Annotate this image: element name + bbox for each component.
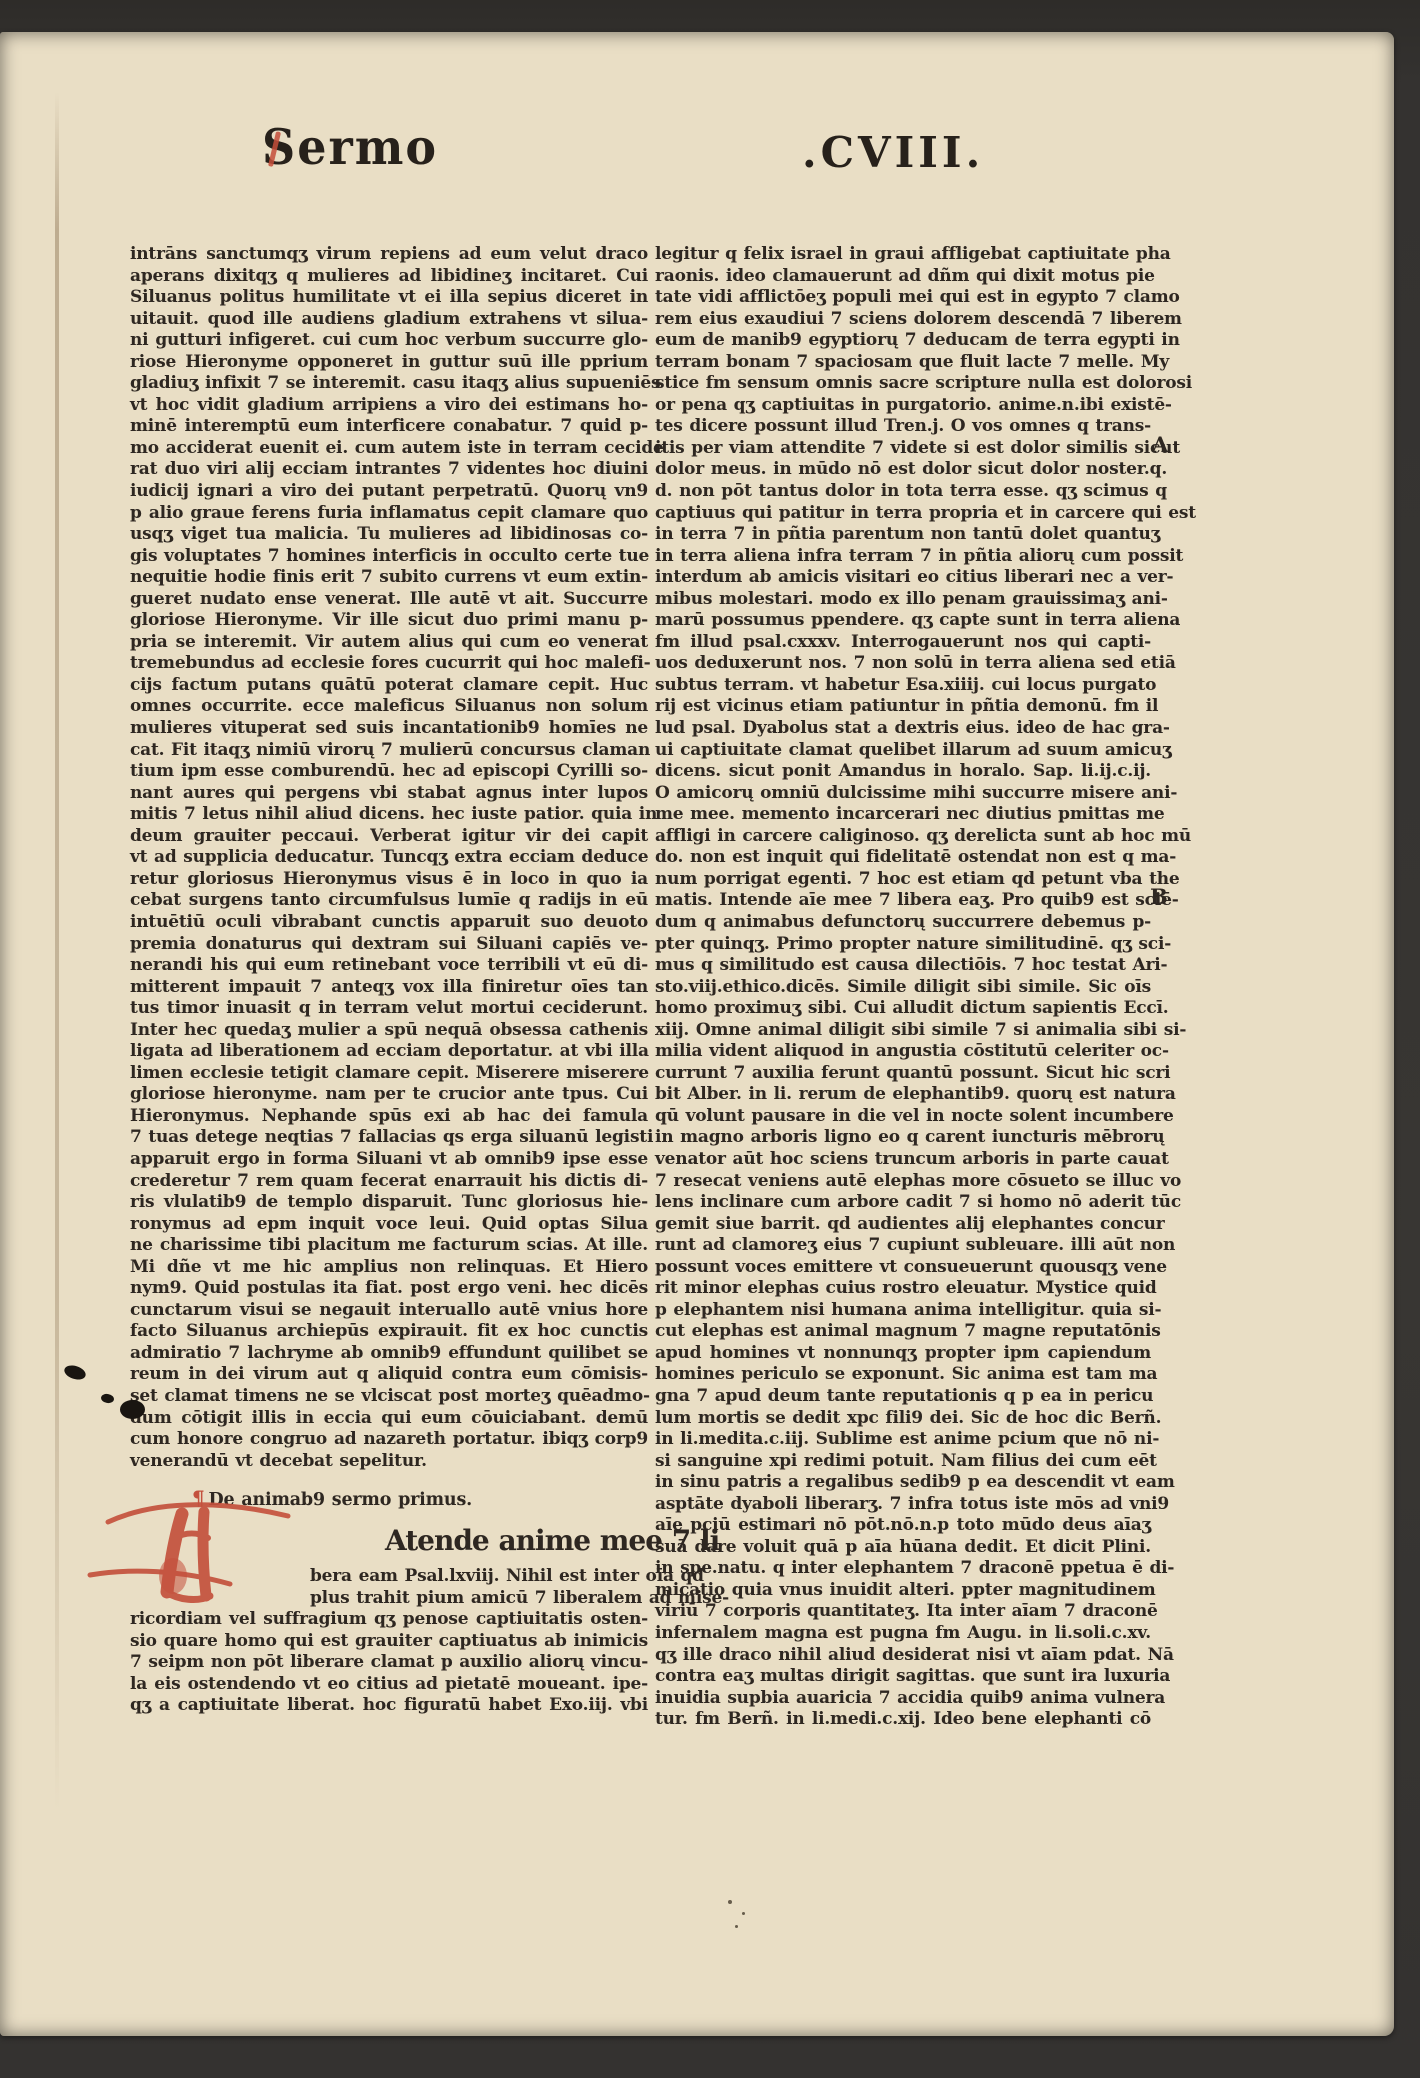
text-line: milia vident aliquod in angustia cōstitu… (655, 1041, 1151, 1063)
right-column-lines: legitur q felix israel in graui affligeb… (655, 244, 1151, 1731)
text-line: ne charissime tibi placitum me facturum … (130, 1235, 648, 1257)
text-line: la eis ostendendo vt eo citius ad pietat… (130, 1674, 648, 1696)
text-line: aperans dixitqʒ q mulieres ad libidineʒ … (130, 266, 648, 288)
margin-letter-a: A (1152, 432, 1168, 457)
text-line: set clamat timens ne se vlciscat post mo… (130, 1386, 648, 1408)
text-line: rem eius exaudiui 7 sciens dolorem desce… (655, 309, 1151, 331)
text-line: subtus terram. vt habetur Esa.xiiij. cui… (655, 675, 1151, 697)
text-line: gloriose Hieronyme. Vir ille sicut duo p… (130, 610, 648, 632)
text-line: riose Hieronyme opponeret in guttur suū … (130, 352, 648, 374)
text-line: admiratio 7 lachryme ab omnib9 effundunt… (130, 1343, 648, 1365)
text-line: pter quinqʒ. Primo propter nature simili… (655, 934, 1151, 956)
text-line: Siluanus politus humilitate vt ei illa s… (130, 287, 648, 309)
text-line: fm illud psal.cxxxv. Interrogauerunt nos… (655, 632, 1151, 654)
foxing-speck (742, 1912, 745, 1915)
text-line: cebat surgens tanto circumfulsus lumīe q… (130, 890, 648, 912)
text-line: eum de manib9 egyptiorų 7 deducam de ter… (655, 330, 1151, 352)
text-line: gemit siue barrit. qd audientes alij ele… (655, 1214, 1151, 1236)
text-line: pria se interemit. Vir autem alius qui c… (130, 632, 648, 654)
text-line: uos deduxerunt nos. 7 non solū in terra … (655, 653, 1151, 675)
text-line: rij est vicinus etiam patiuntur in pñtia… (655, 696, 1151, 718)
text-line: ligata ad liberationem ad ecciam deporta… (130, 1041, 648, 1063)
text-line: num porrigat egenti. 7 hoc est etiam qd … (655, 869, 1151, 891)
text-line: asptāte dyaboli liberarʒ. 7 infra totus … (655, 1494, 1151, 1516)
margin-letter-b: B (1150, 884, 1168, 909)
text-line: intrāns sanctumqʒ virum repiens ad eum v… (130, 244, 648, 266)
text-line: crederetur 7 rem quam fecerat enarrauit … (130, 1171, 648, 1193)
text-line: mulieres vituperat sed suis incantationi… (130, 718, 648, 740)
text-line: tes dicere possunt illud Tren.j. O vos o… (655, 416, 1151, 438)
text-line: tate vidi afflictōeʒ populi mei qui est … (655, 287, 1151, 309)
text-line: cut elephas est animal magnum 7 magne re… (655, 1321, 1151, 1343)
text-line: gueret nudato ense venerat. Ille autē vt… (130, 589, 648, 611)
text-line: legitur q felix israel in graui affligeb… (655, 244, 1151, 266)
text-line: O amicorų omniū dulcissime mihi succurre… (655, 783, 1151, 805)
text-line: si sanguine xpi redimi potuit. Nam filiu… (655, 1451, 1151, 1473)
text-line: affligi in carcere caliginoso. qʒ dereli… (655, 826, 1151, 848)
text-line: xiij. Omne animal diligit sibi simile 7 … (655, 1020, 1151, 1042)
text-line: interdum ab amicis visitari eo citius li… (655, 567, 1151, 589)
text-line: Hieronymus. Nephande spūs exi ab hac dei… (130, 1106, 648, 1128)
text-line: me mee. memento incarcerari nec diutius … (655, 804, 1151, 826)
text-line: qʒ a captiuitate liberat. hoc figuratū h… (130, 1695, 648, 1717)
text-line: qū volunt pausare in die vel in nocte so… (655, 1106, 1151, 1128)
text-line: rit minor elephas cuius rostro eleuatur.… (655, 1278, 1151, 1300)
text-line: captiuus qui patitur in terra propria et… (655, 503, 1151, 525)
text-line: omnes occurrite. ecce maleficus Siluanus… (130, 696, 648, 718)
text-line: nequitie hodie finis erit 7 subito curre… (130, 567, 648, 589)
right-text-column: legitur q felix israel in graui affligeb… (655, 244, 1151, 1731)
left-column-lines: intrāns sanctumqʒ virum repiens ad eum v… (130, 244, 648, 1472)
text-line: viriū 7 corporis quantitateʒ. Ita inter … (655, 1601, 1151, 1623)
text-line: vt hoc vidit gladium arripiens a viro de… (130, 395, 648, 417)
text-line: possunt voces emittere vt consueuerunt q… (655, 1257, 1151, 1279)
text-line: do. non est inquit qui fidelitatē ostend… (655, 847, 1151, 869)
text-line: minē interemptū eum interficere conabatu… (130, 416, 648, 438)
text-line: terram bonam 7 spaciosam que fluit lacte… (655, 352, 1151, 374)
text-line: dicens. sicut ponit Amandus in horalo. S… (655, 761, 1151, 783)
text-line: mitterent impauit 7 anteqʒ vox illa fini… (130, 977, 648, 999)
running-title: Sermo (262, 119, 438, 176)
text-line: runt ad clamoreʒ eius 7 cupiunt subleuar… (655, 1235, 1151, 1257)
text-line: nant aures qui pergens vbi stabat agnus … (130, 783, 648, 805)
text-line: tur. fm Berñ. in li.medi.c.xij. Ideo ben… (655, 1709, 1151, 1731)
text-line: apud homines vt nonnunqʒ propter ipm cap… (655, 1343, 1151, 1365)
text-line: gladiuʒ infixit 7 se interemit. casu ita… (130, 373, 648, 395)
text-line: usqʒ viget tua malicia. Tu mulieres ad l… (130, 524, 648, 546)
incipit-large-line: Atende anime mee 7 li (385, 1520, 648, 1566)
text-line: itis per viam attendite 7 videte si est … (655, 438, 1151, 460)
text-line: cunctarum visui se negauit interuallo au… (130, 1300, 648, 1322)
text-line: mus q similitudo est causa dilectiōis. 7… (655, 955, 1151, 977)
text-line: in li.medita.c.iij. Sublime est anime pc… (655, 1429, 1151, 1451)
text-line: in spe.natu. q inter elephantem 7 dracon… (655, 1558, 1151, 1580)
text-line: dolor meus. in mūdo nō est dolor sicut d… (655, 459, 1151, 481)
text-line: mo acciderat euenit ei. cum autem iste i… (130, 438, 648, 460)
text-line: nym9. Quid postulas ita fiat. post ergo … (130, 1278, 648, 1300)
text-line: limen ecclesie tetigit clamare cepit. Mi… (130, 1063, 648, 1085)
text-line: apparuit ergo in forma Siluani vt ab omn… (130, 1149, 648, 1171)
text-line: nerandi his qui eum retinebant voce terr… (130, 955, 648, 977)
text-line: vt ad supplicia deducatur. Tuncqʒ extra … (130, 847, 648, 869)
text-line: premia donaturus qui dextram sui Siluani… (130, 934, 648, 956)
text-line: bit Alber. in li. rerum de elephantib9. … (655, 1084, 1151, 1106)
text-line: ui captiuitate clamat quelibet illarum a… (655, 740, 1151, 762)
text-line: gna 7 apud deum tante reputationis q p e… (655, 1386, 1151, 1408)
text-line: aīe pciū estimari nō pōt.nō.n.p toto mūd… (655, 1515, 1151, 1537)
gutter-crease (55, 92, 59, 1812)
ink-blot (100, 1393, 114, 1404)
text-line: or pena qʒ captiuitas in purgatorio. ani… (655, 395, 1151, 417)
ink-blot (63, 1363, 88, 1382)
foxing-speck (735, 1925, 738, 1928)
text-line: retur gloriosus Hieronymus visus ē in lo… (130, 869, 648, 891)
text-line: dum cōtigit illis in eccia qui eum cōuic… (130, 1408, 648, 1430)
photograph-backdrop: { "header": { "left_running_title": "Ser… (0, 0, 1420, 2078)
text-line: p elephantem nisi humana anima intelligi… (655, 1300, 1151, 1322)
text-line: homines periculo se exponunt. Sic anima … (655, 1364, 1151, 1386)
text-line: Inter hec quedaʒ mulier a spū nequā obse… (130, 1020, 648, 1042)
text-line: Mi dñe vt me hic amplius non relinquas. … (130, 1257, 648, 1279)
text-line: raonis. ideo clamauerunt ad dñm qui dixi… (655, 266, 1151, 288)
text-line: bera eam Psal.lxviij. Nihil est inter oī… (310, 1566, 648, 1588)
book-page: Sermo .CVIII. intrāns sanctumqʒ virum re… (0, 32, 1394, 2036)
running-title-text: Sermo (262, 119, 438, 176)
text-line: 7 tuas detege neqtias 7 fallacias qs erg… (130, 1127, 648, 1149)
text-line: homo proximuʒ sibi. Cui alludit dictum s… (655, 998, 1151, 1020)
text-line: mibus molestari. modo ex illo penam grau… (655, 589, 1151, 611)
text-line: contra eaʒ multas dirigit sagittas. que … (655, 1666, 1151, 1688)
text-line: intuētiū oculi vibrabant cunctis apparui… (130, 912, 648, 934)
ink-blot (120, 1400, 145, 1419)
text-line: sto.viij.ethico.dicēs. Simile diligit si… (655, 977, 1151, 999)
foxing-speck (728, 1900, 732, 1904)
text-line: lens inclinare cum arbore cadit 7 si hom… (655, 1192, 1151, 1214)
text-line: cat. Fit itaqʒ nimiū virorų 7 mulierū co… (130, 740, 648, 762)
text-line: uitauit. quod ille audiens gladium extra… (130, 309, 648, 331)
text-line: suā dare voluit quā p aīa hūana dedit. E… (655, 1537, 1151, 1559)
text-line: facto Siluanus archiepūs expirauit. fit … (130, 1321, 648, 1343)
text-line: plus trahit pium amicū 7 liberalem ad mi… (310, 1588, 648, 1610)
text-line: gis voluptates 7 homines interficis in o… (130, 546, 648, 568)
text-line: ni gutturi infigeret. cui cum hoc verbum… (130, 330, 648, 352)
text-line: in magno arboris ligno eo q carent iunct… (655, 1127, 1151, 1149)
text-line: sio quare homo qui est grauiter captiuat… (130, 1631, 648, 1653)
text-line: in terra aliena infra terram 7 in pñtia … (655, 546, 1151, 568)
text-line: qʒ ille draco nihil aliud desiderat nisi… (655, 1645, 1151, 1667)
text-line: ronymus ad epm inquit voce leui. Quid op… (130, 1214, 648, 1236)
folio-number: .CVIII. (802, 128, 984, 177)
text-line: stice fm sensum omnis sacre scripture nu… (655, 373, 1151, 395)
text-line: tus timor inuasit q in terram velut mort… (130, 998, 648, 1020)
text-line: rat duo viri alij ecciam intrantes 7 vid… (130, 459, 648, 481)
text-line: inuidia supbia auaricia 7 accidia quib9 … (655, 1688, 1151, 1710)
lombard-initial-icon (70, 1480, 320, 1630)
text-line: tium ipm esse comburendū. hec ad episcop… (130, 761, 648, 783)
text-line: gloriose hieronyme. nam per te crucior a… (130, 1084, 648, 1106)
text-line: tremebundus ad ecclesie fores cucurrit q… (130, 653, 648, 675)
text-line: in sinu patris a regalibus sedib9 p ea d… (655, 1472, 1151, 1494)
text-line: venator aūt hoc sciens truncum arboris i… (655, 1149, 1151, 1171)
text-line: 7 seipm non pōt liberare clamat p auxili… (130, 1652, 648, 1674)
text-line: 7 resecat veniens autē elephas more cōsu… (655, 1171, 1151, 1193)
text-line: lud psal. Dyabolus stat a dextris eius. … (655, 718, 1151, 740)
text-line: lum mortis se dedit xpc fili9 dei. Sic d… (655, 1408, 1151, 1430)
text-line: iudicij ignari a viro dei putant perpetr… (130, 481, 648, 503)
text-line: infernalem magna est pugna fm Augu. in l… (655, 1623, 1151, 1645)
text-line: marū possumus ppendere. qʒ capte sunt in… (655, 610, 1151, 632)
text-line: in terra 7 in pñtia parentum non tantū d… (655, 524, 1151, 546)
text-line: venerandū vt decebat sepelitur. (130, 1451, 648, 1473)
text-line: cum honore congruo ad nazareth portatur.… (130, 1429, 648, 1451)
text-line: matis. Intende aīe mee 7 libera eaʒ. Pro… (655, 890, 1151, 912)
text-line: ris vlulatib9 de templo disparuit. Tunc … (130, 1192, 648, 1214)
text-line: d. non pōt tantus dolor in tota terra es… (655, 481, 1151, 503)
text-line: reum in dei virum aut q aliquid contra e… (130, 1364, 648, 1386)
text-line: mitis 7 letus nihil aliud dicens. hec iu… (130, 804, 648, 826)
text-line: currunt 7 auxilia ferunt quantū possunt.… (655, 1063, 1151, 1085)
text-line: micatio quia vnus inuidit alteri. ppter … (655, 1580, 1151, 1602)
text-line: p alio graue ferens furia inflamatus cep… (130, 503, 648, 525)
text-line: dum q animabus defunctorų succurrere deb… (655, 912, 1151, 934)
text-line: deum grauiter peccaui. Verberat igitur v… (130, 826, 648, 848)
text-line: cijs factum putans quātū poterat clamare… (130, 675, 648, 697)
